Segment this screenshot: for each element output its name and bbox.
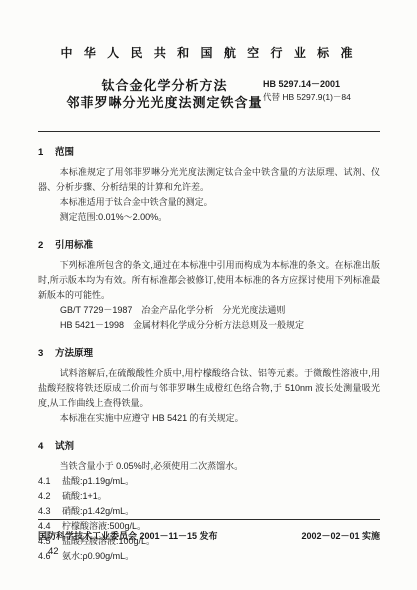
replaces-note: 代替 HB 5297.9(1)－84 [263,91,379,104]
reagent-item: 4.1 盐酸:ρ1.19g/mL。 [38,474,380,489]
reference-item: GB/T 7729－1987 冶金产品化学分析 分光光度法通则 [38,303,380,318]
paragraph: 测定范围:0.01%～2.00%。 [38,210,380,225]
section-number: 1 [38,145,55,160]
header-divider [38,131,380,132]
issued-by-date: 国防科学技术工业委员会 2001－11－15 发布 [38,529,218,542]
document-page: 中 华 人 民 共 和 国 航 空 行 业 标 准 钛合金化学分析方法 邻菲罗啉… [0,0,417,590]
section-heading-principle: 3 方法原理 [38,346,380,361]
section-title: 范围 [55,145,74,160]
standard-designation: HB 5297.14－2001 代替 HB 5297.9(1)－84 [263,77,379,111]
reagent-text: 硫酸:1+1。 [62,489,107,504]
paragraph: 本标准在实施中应遵守 HB 5421 的有关规定。 [38,411,380,426]
reagent-number: 4.3 [38,504,62,519]
section-title: 试剂 [55,439,74,454]
title-line-2: 邻菲罗啉分光光度法测定铁含量 [66,94,263,111]
section-heading-reagents: 4 试剂 [38,439,380,454]
reagent-text: 氨水:ρ0.90g/mL。 [62,549,134,564]
reagent-item: 4.6 氨水:ρ0.90g/mL。 [38,549,380,564]
paragraph: 试料溶解后,在硫酸酸性介质中,用柠檬酸络合钛、铝等元素。于微酸性溶液中,用盐酸羟… [38,366,380,411]
reagent-item: 4.2 硫酸:1+1。 [38,489,380,504]
title-line-1: 钛合金化学分析方法 [66,77,263,94]
footer-divider [38,519,380,520]
paragraph: 本标准规定了用邻菲罗啉分光光度法测定钛合金中铁含量的方法原理、试剂、仪器、分析步… [38,165,380,195]
section-number: 4 [38,439,55,454]
paragraph: 本标准适用于钛合金中铁含量的测定。 [38,195,380,210]
reagent-number: 4.2 [38,489,62,504]
implementation-date: 2002－02－01 实施 [301,529,380,542]
footer: 国防科学技术工业委员会 2001－11－15 发布 2002－02－01 实施 [38,529,380,542]
reagent-item: 4.3 硝酸:ρ1.42g/mL。 [38,504,380,519]
page-number: 42 [48,546,59,557]
section-number: 3 [38,346,55,361]
title-block: 钛合金化学分析方法 邻菲罗啉分光光度法测定铁含量 HB 5297.14－2001… [38,77,379,111]
reagent-text: 盐酸:ρ1.19g/mL。 [62,474,134,489]
paragraph: 下列标准所包含的条文,通过在本标准中引用而构成为本标准的条文。在标准出版时,所示… [38,258,380,303]
document-title: 钛合金化学分析方法 邻菲罗啉分光光度法测定铁含量 [38,77,263,111]
reagent-text: 硝酸:ρ1.42g/mL。 [62,504,134,519]
section-title: 引用标准 [55,238,93,253]
paragraph: 当铁含量小于 0.05%时,必须使用二次蒸馏水。 [38,459,380,474]
section-heading-references: 2 引用标准 [38,238,380,253]
document-body: 1 范围 本标准规定了用邻菲罗啉分光光度法测定钛合金中铁含量的方法原理、试剂、仪… [38,145,380,564]
standard-number: HB 5297.14－2001 [263,78,379,91]
reagent-number: 4.1 [38,474,62,489]
reference-item: HB 5421－1998 金属材料化学成分分析方法总则及一般规定 [38,318,380,333]
section-number: 2 [38,238,55,253]
section-title: 方法原理 [55,346,93,361]
standard-banner: 中 华 人 民 共 和 国 航 空 行 业 标 准 [0,44,417,61]
section-heading-scope: 1 范围 [38,145,380,160]
